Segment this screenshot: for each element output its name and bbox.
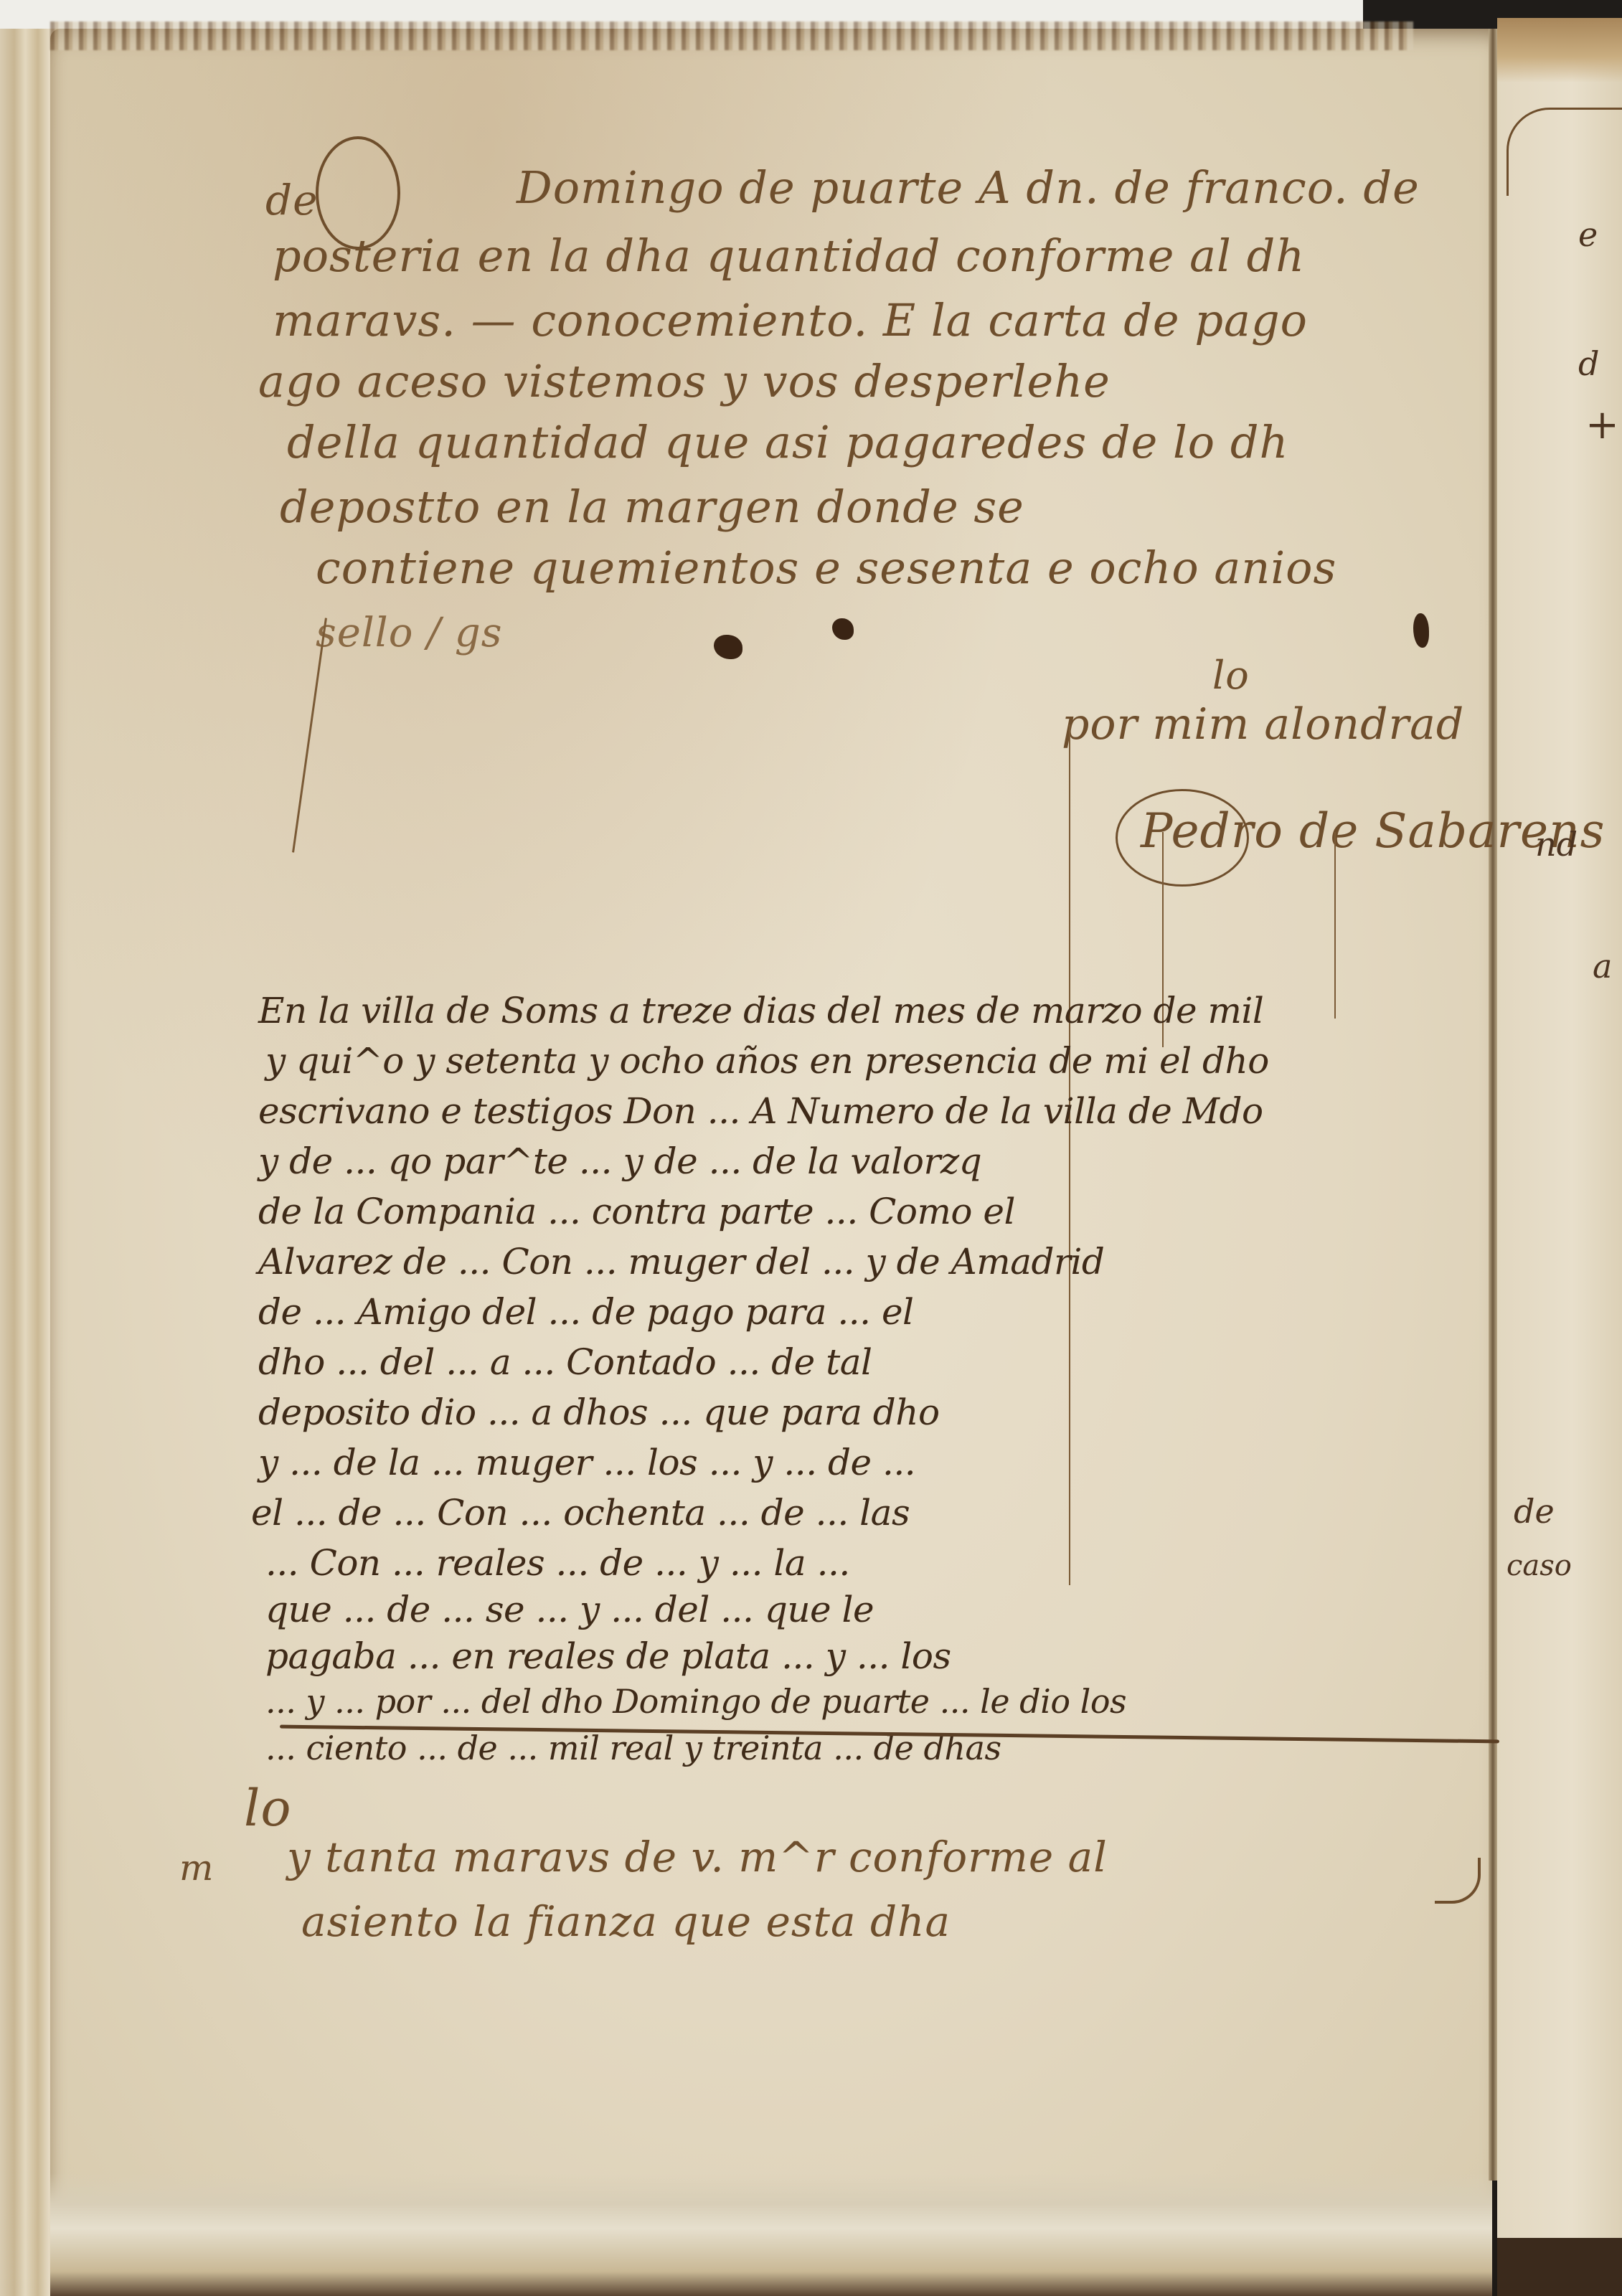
text-line-4: ago aceso vistemos y vos desperlehe (258, 355, 1111, 407)
book-gutter (1489, 29, 1497, 2181)
ink-blot (1413, 613, 1429, 648)
closing-marker: lo (244, 1779, 292, 1838)
signature-flourish (1116, 789, 1249, 887)
adjacent-fragment: + (1585, 402, 1619, 448)
adjacent-fragment: nd (1535, 825, 1578, 864)
signature-descender (1069, 724, 1070, 1585)
adjacent-flourish (1507, 108, 1622, 196)
closing-line-2: asiento la fianza que esta dha (301, 1897, 951, 1946)
body-line-13: que ... de ... se ... y ... del ... que … (265, 1589, 874, 1630)
damaged-bottom-edge (50, 2173, 1492, 2296)
adjacent-page-bottom (1497, 2238, 1622, 2296)
signature-line-1: por mim alondrad (1062, 699, 1464, 750)
signature-descender (1334, 832, 1336, 1019)
text-line-6: depostto en la margen donde se (280, 481, 1024, 533)
adjacent-fragment: de (1514, 1492, 1555, 1531)
body-line-10: y ... de la ... muger ... los ... y ... … (258, 1442, 915, 1483)
rubric-signature-left: sello / gs (316, 610, 502, 656)
body-line-11: el ... de ... Con ... ochenta ... de ...… (251, 1492, 910, 1534)
signature-prefix: lo (1212, 653, 1250, 698)
adjacent-fragment: e (1578, 215, 1598, 254)
body-line-3: escrivano e testigos Don ... A Numero de… (258, 1090, 1263, 1132)
adjacent-page-top-stain (1497, 18, 1622, 82)
adjacent-right-page (1497, 29, 1622, 2296)
text-line-3: maravs. — conocemiento. E la carta de pa… (273, 294, 1308, 346)
margin-marker: de (265, 176, 318, 225)
body-line-5: de la Compania ... contra parte ... Como… (258, 1191, 1015, 1232)
text-line-2: posteria en la dha quantidad conforme al… (273, 230, 1305, 282)
body-line-9: deposito dio ... a dhos ... que para dho (258, 1392, 940, 1433)
body-line-2: y qui^o y setenta y ocho años en presenc… (265, 1040, 1269, 1082)
text-line-5: della quantidad que asi pagaredes de lo … (287, 416, 1288, 468)
adjacent-fragment: caso (1507, 1549, 1572, 1582)
text-line-1: Domingo de puarte A dn. de franco. de (517, 161, 1420, 214)
body-line-8: dho ... del ... a ... Contado ... de tal (258, 1341, 872, 1383)
closing-marker: m (179, 1847, 214, 1889)
damaged-top-edge (50, 22, 1413, 50)
body-line-1: En la villa de Soms a treze dias del mes… (258, 990, 1263, 1031)
adjacent-fragment: a (1593, 947, 1612, 986)
body-line-7: de ... Amigo del ... de pago para ... el (258, 1291, 914, 1333)
body-line-12: ... Con ... reales ... de ... y ... la .… (265, 1542, 850, 1584)
text-line-7: contiene quemientos e sesenta e ocho ani… (316, 542, 1336, 594)
closing-line-1: y tanta maravs de v. m^r conforme al (287, 1833, 1108, 1881)
body-line-4: y de ... qo par^te ... y de ... de la va… (258, 1140, 981, 1182)
body-line-15: ... y ... por ... del dho Domingo de pua… (265, 1682, 1126, 1721)
body-line-6: Alvarez de ... Con ... muger del ... y d… (258, 1241, 1104, 1282)
body-line-14: pagaba ... en reales de plata ... y ... … (265, 1635, 951, 1677)
adjacent-fragment: d (1578, 344, 1599, 383)
